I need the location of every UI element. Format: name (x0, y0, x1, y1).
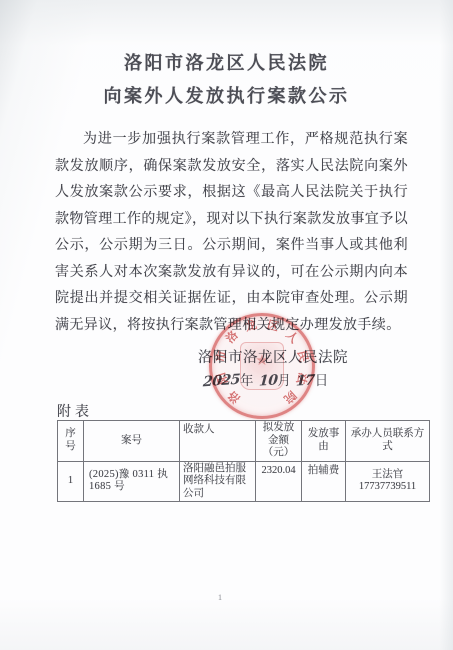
date-year-unit: 年 (240, 373, 255, 388)
court-signature: 洛阳市洛龙区人民法院 (198, 346, 348, 367)
header-amount: 拟发放金额（元） (256, 421, 302, 462)
cell-serial-number: 1 (58, 461, 84, 502)
title-line-1: 洛阳市洛龙区人民法院 (0, 47, 453, 80)
date-day: 17 (296, 372, 316, 389)
title-line-2: 向案外人发放执行案款公示 (0, 80, 453, 113)
header-contact: 承办人员联系方式 (346, 421, 430, 462)
cell-payee: 洛阳融邑拍服网络科技有限公司 (180, 461, 256, 502)
cell-amount: 2320.04 (256, 461, 302, 502)
scanned-notice-page: 洛阳市洛龙区人民法院 向案外人发放执行案款公示 为进一步加强执行案款管理工作，严… (0, 0, 453, 650)
date-month-unit: 月 (277, 373, 292, 388)
issue-date: 2025年 10月 17日 (203, 369, 333, 389)
table-header-row: 序号 案号 收款人 拟发放金额（元） 发放事由 承办人员联系方式 (58, 421, 430, 462)
seal-character: 洛 (225, 387, 245, 407)
header-payee: 收款人 (180, 421, 256, 462)
header-reason: 发放事由 (302, 421, 346, 462)
table-row: 1 (2025)豫 0311 执 1685 号 洛阳融邑拍服网络科技有限公司 2… (58, 461, 430, 502)
cell-reason: 拍辅费 (302, 461, 346, 502)
notice-body-paragraph: 为进一步加强执行案款管理工作，严格规范执行案款发放顺序，确保案款发放安全，落实人… (55, 127, 408, 339)
header-case-number: 案号 (84, 421, 180, 462)
document-title: 洛阳市洛龙区人民法院 向案外人发放执行案款公示 (0, 47, 453, 113)
date-year: 2025 (202, 372, 240, 391)
cell-contact: 王法官 17737739511 (346, 461, 430, 502)
page-number: 1 (0, 592, 440, 602)
attachment-table-label: 附表 (57, 401, 93, 421)
cell-case-number: (2025)豫 0311 执 1685 号 (84, 461, 180, 502)
fund-distribution-table: 序号 案号 收款人 拟发放金额（元） 发放事由 承办人员联系方式 1 (2025… (57, 420, 430, 502)
header-serial-number: 序号 (58, 421, 84, 462)
date-month: 10 (258, 372, 278, 389)
date-day-unit: 日 (315, 373, 330, 388)
